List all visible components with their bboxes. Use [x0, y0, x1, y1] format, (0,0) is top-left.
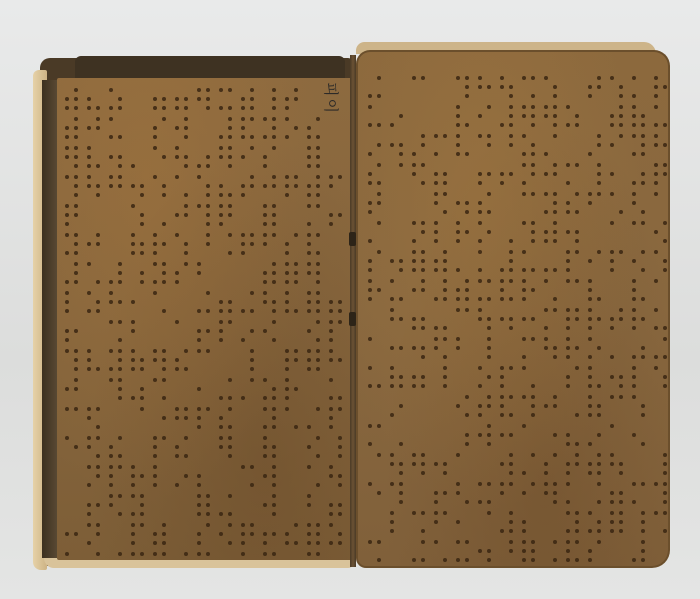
braille-dot — [228, 378, 232, 382]
braille-dot — [272, 532, 276, 536]
braille-dot — [487, 85, 491, 89]
braille-dot — [377, 540, 381, 544]
braille-dot — [368, 366, 372, 370]
braille-dot — [553, 453, 557, 457]
braille-dot — [206, 184, 210, 188]
braille-dot — [65, 280, 69, 284]
braille-dot — [500, 375, 504, 379]
braille-dot — [377, 288, 381, 292]
braille-dot — [597, 540, 601, 544]
braille-dot — [250, 97, 254, 101]
braille-dot — [575, 558, 579, 562]
braille-dot — [206, 329, 210, 333]
braille-dot — [87, 309, 91, 313]
braille-dot — [316, 541, 320, 545]
braille-dot — [663, 268, 667, 272]
braille-dot — [597, 413, 601, 417]
braille-dot — [522, 268, 526, 272]
braille-dot — [443, 558, 447, 562]
braille-dot — [118, 262, 122, 266]
braille-dot — [162, 358, 166, 362]
braille-dot — [184, 213, 188, 217]
braille-dot — [465, 94, 469, 98]
braille-dot — [338, 541, 342, 545]
braille-dot — [197, 552, 201, 556]
braille-dot — [219, 222, 223, 226]
braille-dot — [509, 540, 513, 544]
braille-dot — [412, 346, 416, 350]
braille-dot — [250, 309, 254, 313]
braille-dot — [575, 540, 579, 544]
braille-dot — [588, 511, 592, 515]
braille-dot — [294, 262, 298, 266]
braille-dot — [632, 114, 636, 118]
braille-dot — [74, 97, 78, 101]
braille-dot — [588, 395, 592, 399]
braille-dot — [434, 500, 438, 504]
braille-dot — [632, 181, 636, 185]
braille-dot — [294, 88, 298, 92]
braille-dot — [619, 529, 623, 533]
braille-dot — [316, 552, 320, 556]
right-braille-page — [356, 50, 670, 568]
braille-dot — [228, 445, 232, 449]
braille-dot — [588, 442, 592, 446]
braille-dot — [263, 378, 267, 382]
braille-dot — [338, 436, 342, 440]
braille-dot — [206, 97, 210, 101]
braille-dot — [263, 474, 267, 478]
braille-dot — [553, 433, 557, 437]
braille-dot — [412, 163, 416, 167]
braille-dot — [399, 482, 403, 486]
braille-dot — [140, 387, 144, 391]
braille-dot — [65, 300, 69, 304]
braille-dot — [250, 378, 254, 382]
braille-dot — [575, 279, 579, 283]
braille-dot — [219, 396, 223, 400]
braille-dot — [465, 413, 469, 417]
braille-dot — [184, 349, 188, 353]
braille-dot — [307, 262, 311, 266]
braille-dot — [109, 474, 113, 478]
braille-dot — [109, 320, 113, 324]
braille-dot — [500, 268, 504, 272]
braille-dot — [522, 279, 526, 283]
braille-dot — [263, 184, 267, 188]
braille-dot — [663, 85, 667, 89]
braille-dot — [588, 94, 592, 98]
braille-dot — [456, 288, 460, 292]
braille-dot — [531, 395, 535, 399]
braille-dot — [553, 239, 557, 243]
braille-dot — [228, 425, 232, 429]
braille-dot — [544, 268, 548, 272]
braille-dot — [307, 367, 311, 371]
braille-dot — [184, 407, 188, 411]
braille-dot — [478, 317, 482, 321]
braille-dot — [500, 172, 504, 176]
braille-dot — [465, 279, 469, 283]
braille-dot — [250, 291, 254, 295]
braille-dot — [487, 230, 491, 234]
braille-dot — [316, 184, 320, 188]
braille-dot — [65, 126, 69, 130]
braille-dot — [412, 317, 416, 321]
braille-dot — [197, 97, 201, 101]
braille-dot — [329, 349, 333, 353]
braille-dot — [632, 384, 636, 388]
braille-dot — [285, 117, 289, 121]
braille-dot — [162, 242, 166, 246]
braille-dot — [329, 541, 333, 545]
braille-dot — [619, 471, 623, 475]
braille-dot — [487, 326, 491, 330]
braille-dot — [329, 523, 333, 527]
braille-dot — [500, 413, 504, 417]
braille-dot — [544, 192, 548, 196]
braille-dot — [250, 135, 254, 139]
braille-dot — [522, 134, 526, 138]
braille-dot — [412, 288, 416, 292]
braille-dot — [399, 259, 403, 263]
braille-dot — [553, 308, 557, 312]
braille-dot — [575, 453, 579, 457]
braille-dot — [109, 378, 113, 382]
braille-dot — [654, 308, 658, 312]
braille-dot — [153, 233, 157, 237]
braille-dot — [487, 482, 491, 486]
braille-dot — [641, 297, 645, 301]
braille-dot — [465, 201, 469, 205]
braille-dot — [566, 375, 570, 379]
braille-dot — [162, 367, 166, 371]
braille-dot — [316, 135, 320, 139]
braille-dot — [329, 175, 333, 179]
braille-dot — [478, 404, 482, 408]
braille-dot — [531, 114, 535, 118]
braille-dot — [478, 114, 482, 118]
braille-dot — [619, 85, 623, 89]
braille-dot — [87, 436, 91, 440]
braille-dot — [597, 181, 601, 185]
braille-dot — [531, 239, 535, 243]
braille-dot — [531, 482, 535, 486]
braille-dot — [316, 233, 320, 237]
braille-dot — [316, 367, 320, 371]
braille-dot — [197, 407, 201, 411]
braille-dot — [263, 164, 267, 168]
braille-dot — [553, 491, 557, 495]
braille-dot — [228, 541, 232, 545]
braille-dot — [553, 404, 557, 408]
braille-dot — [465, 76, 469, 80]
braille-dot — [566, 201, 570, 205]
braille-dot — [597, 482, 601, 486]
braille-dot — [487, 172, 491, 176]
braille-dot — [87, 465, 91, 469]
braille-dot — [162, 552, 166, 556]
braille-dot — [456, 268, 460, 272]
braille-dot — [399, 375, 403, 379]
braille-dot — [487, 210, 491, 214]
braille-dot — [443, 491, 447, 495]
braille-dot — [632, 482, 636, 486]
braille-dot — [175, 106, 179, 110]
braille-dot — [118, 106, 122, 110]
braille-dot — [465, 558, 469, 562]
braille-dot — [610, 268, 614, 272]
braille-dot — [250, 117, 254, 121]
braille-dot — [553, 268, 557, 272]
braille-dot — [619, 105, 623, 109]
braille-dot — [206, 233, 210, 237]
braille-dot — [316, 532, 320, 536]
braille-dot — [368, 482, 372, 486]
braille-dot — [263, 541, 267, 545]
braille-dot — [478, 413, 482, 417]
braille-dot — [478, 482, 482, 486]
braille-dot — [272, 396, 276, 400]
braille-dot — [153, 445, 157, 449]
braille-dot — [175, 416, 179, 420]
braille-dot — [597, 250, 601, 254]
braille-dot — [465, 210, 469, 214]
braille-dot — [399, 471, 403, 475]
braille-dot — [153, 465, 157, 469]
braille-dot — [654, 250, 658, 254]
braille-dot — [228, 436, 232, 440]
braille-dot — [487, 433, 491, 437]
braille-dot — [109, 349, 113, 353]
braille-dot — [285, 541, 289, 545]
braille-dot — [65, 222, 69, 226]
braille-dot — [368, 540, 372, 544]
braille-dot — [140, 367, 144, 371]
braille-dot — [153, 541, 157, 545]
braille-dot — [421, 558, 425, 562]
braille-dot — [74, 233, 78, 237]
braille-dot — [522, 337, 526, 341]
braille-dot — [641, 123, 645, 127]
braille-dot — [487, 375, 491, 379]
braille-dot — [140, 358, 144, 362]
braille-dot — [399, 500, 403, 504]
braille-dot — [250, 349, 254, 353]
braille-dot — [588, 558, 592, 562]
braille-dot — [131, 532, 135, 536]
braille-dot — [250, 329, 254, 333]
braille-dot — [228, 300, 232, 304]
braille-dot — [74, 126, 78, 130]
braille-dot — [140, 184, 144, 188]
braille-dot — [206, 213, 210, 217]
braille-dot — [228, 88, 232, 92]
braille-dot — [131, 358, 135, 362]
braille-dot — [456, 134, 460, 138]
braille-dot — [588, 297, 592, 301]
braille-dot — [641, 346, 645, 350]
braille-dot — [509, 453, 513, 457]
braille-dot — [316, 204, 320, 208]
braille-dot — [465, 297, 469, 301]
braille-dot — [509, 94, 513, 98]
braille-dot — [390, 520, 394, 524]
braille-dot — [610, 453, 614, 457]
braille-dot — [219, 338, 223, 342]
braille-dot — [263, 135, 267, 139]
braille-dot — [175, 454, 179, 458]
braille-dot — [65, 251, 69, 255]
braille-dot — [87, 407, 91, 411]
braille-dot — [153, 280, 157, 284]
braille-dot — [478, 172, 482, 176]
braille-dot — [509, 471, 513, 475]
braille-dot — [377, 250, 381, 254]
braille-dot — [654, 181, 658, 185]
braille-dot — [316, 193, 320, 197]
braille-dot — [118, 184, 122, 188]
braille-dot — [241, 117, 245, 121]
braille-dot — [272, 204, 276, 208]
braille-dot — [272, 454, 276, 458]
braille-dot — [663, 482, 667, 486]
braille-dot — [632, 76, 636, 80]
braille-dot — [338, 300, 342, 304]
braille-dot — [421, 355, 425, 359]
braille-dot — [663, 172, 667, 176]
braille-dot — [487, 346, 491, 350]
braille-dot — [272, 262, 276, 266]
left-braille-page — [57, 78, 353, 560]
braille-dot — [74, 407, 78, 411]
braille-dot — [641, 482, 645, 486]
braille-dot — [522, 549, 526, 553]
braille-dot — [228, 117, 232, 121]
braille-dot — [654, 511, 658, 515]
braille-dot — [500, 317, 504, 321]
braille-dot — [553, 114, 557, 118]
braille-dot — [241, 541, 245, 545]
braille-dot — [597, 453, 601, 457]
braille-dot — [509, 279, 513, 283]
braille-dot — [285, 97, 289, 101]
braille-dot — [153, 242, 157, 246]
braille-dot — [544, 308, 548, 312]
braille-dot — [131, 512, 135, 516]
braille-dot — [329, 425, 333, 429]
braille-dot — [500, 288, 504, 292]
braille-dot — [566, 317, 570, 321]
braille-dot — [272, 106, 276, 110]
braille-dot — [412, 250, 416, 254]
braille-dot — [663, 511, 667, 515]
braille-dot — [109, 291, 113, 295]
braille-dot — [338, 396, 342, 400]
braille-dot — [632, 317, 636, 321]
braille-dot — [544, 230, 548, 234]
braille-dot — [456, 105, 460, 109]
braille-dot — [109, 106, 113, 110]
braille-dot — [272, 320, 276, 324]
braille-dot — [241, 106, 245, 110]
braille-dot — [399, 346, 403, 350]
braille-dot — [390, 143, 394, 147]
braille-dot — [250, 242, 254, 246]
braille-dot — [316, 338, 320, 342]
braille-dot — [566, 268, 570, 272]
braille-dot — [272, 117, 276, 121]
braille-dot — [663, 453, 667, 457]
braille-dot — [456, 558, 460, 562]
braille-dot — [487, 442, 491, 446]
braille-dot — [566, 549, 570, 553]
braille-dot — [329, 416, 333, 420]
braille-dot — [434, 259, 438, 263]
braille-dot — [478, 384, 482, 388]
braille-dot — [153, 552, 157, 556]
braille-dot — [338, 407, 342, 411]
braille-dot — [443, 384, 447, 388]
braille-dot — [421, 143, 425, 147]
binding-stitch — [349, 232, 356, 246]
braille-dot — [197, 204, 201, 208]
braille-dot — [316, 358, 320, 362]
braille-dot — [575, 123, 579, 127]
braille-dot — [632, 279, 636, 283]
braille-dot — [566, 500, 570, 504]
braille-dot — [368, 201, 372, 205]
braille-dot — [162, 155, 166, 159]
braille-dot — [285, 193, 289, 197]
braille-dot — [654, 76, 658, 80]
braille-dot — [456, 230, 460, 234]
braille-dot — [184, 262, 188, 266]
braille-dot — [228, 155, 232, 159]
braille-dot — [294, 175, 298, 179]
braille-dot — [632, 355, 636, 359]
braille-dot — [597, 346, 601, 350]
braille-dot — [531, 152, 535, 156]
braille-dot — [522, 221, 526, 225]
braille-dot — [434, 134, 438, 138]
braille-dot — [531, 558, 535, 562]
braille-dot — [272, 309, 276, 313]
braille-dot — [632, 134, 636, 138]
braille-dot — [641, 143, 645, 147]
braille-dot — [65, 338, 69, 342]
braille-dot — [118, 387, 122, 391]
braille-dot — [641, 114, 645, 118]
braille-dot — [575, 529, 579, 533]
braille-dot — [412, 326, 416, 330]
braille-dot — [272, 387, 276, 391]
braille-dot — [575, 317, 579, 321]
braille-dot — [575, 250, 579, 254]
braille-dot — [285, 280, 289, 284]
braille-dot — [219, 155, 223, 159]
braille-dot — [250, 358, 254, 362]
braille-dot — [531, 76, 535, 80]
braille-dot — [443, 355, 447, 359]
braille-dot — [140, 503, 144, 507]
braille-dot — [597, 529, 601, 533]
braille-dot — [153, 135, 157, 139]
braille-dot — [597, 500, 601, 504]
braille-dot — [522, 540, 526, 544]
braille-dot — [500, 462, 504, 466]
braille-dot — [588, 152, 592, 156]
